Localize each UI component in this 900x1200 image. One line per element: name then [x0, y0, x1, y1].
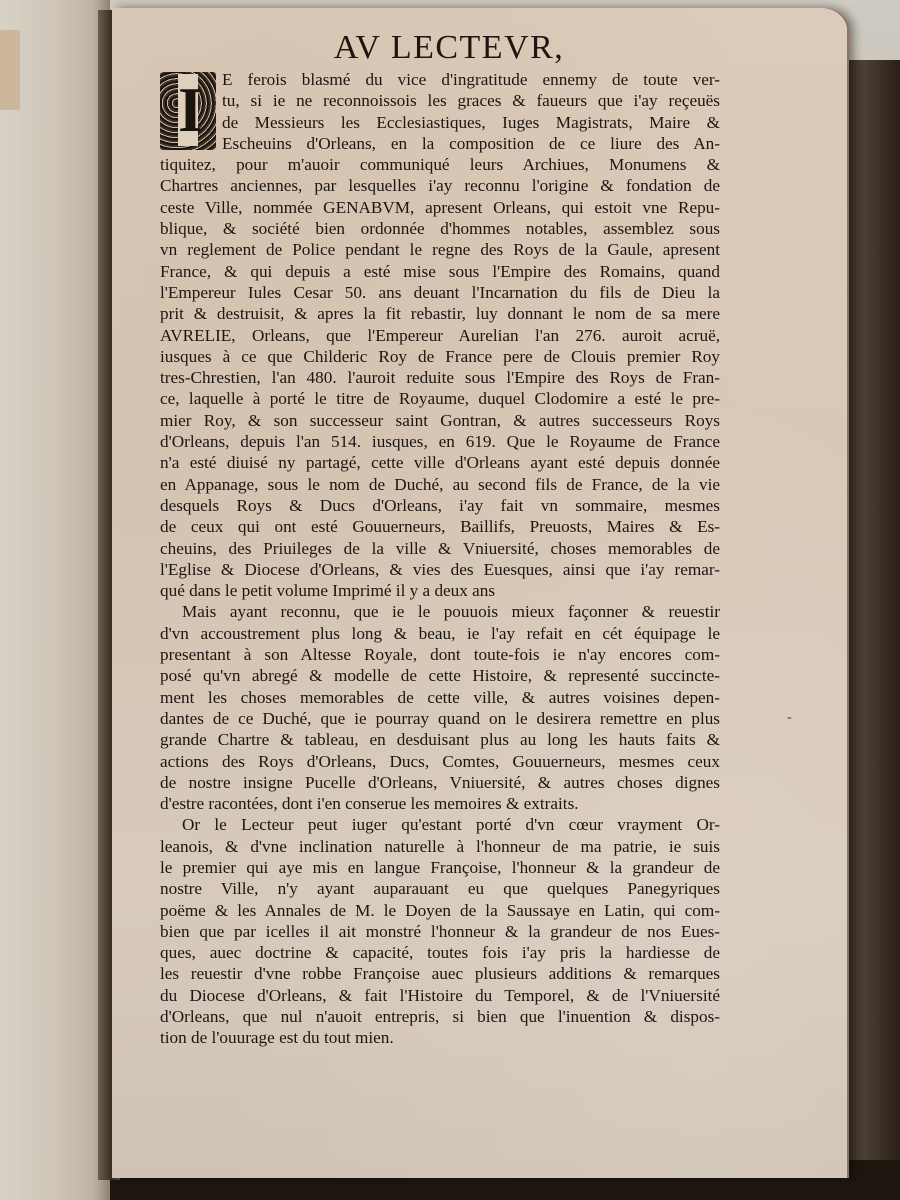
- text-line: tres-Chrestien, l'an 480. l'auroit redui…: [160, 367, 720, 388]
- left-facing-page: [0, 0, 110, 1200]
- text-line: presentant à son Altesse Royale, dont to…: [160, 644, 720, 665]
- text-line: tion de l'ouurage est du tout mien.: [160, 1027, 720, 1048]
- text-line: vn reglement de Police pendant le regne …: [160, 239, 720, 260]
- text-line: l'Empereur Iules Cesar 50. ans deuant l'…: [160, 282, 720, 303]
- text-line: poëme & les Annales de M. le Doyen de la…: [160, 900, 720, 921]
- photo-scene: AV LECTEVR, I E ferois blasmé du vice d'…: [0, 0, 900, 1200]
- backdrop-shadow: [840, 60, 900, 1200]
- text-line: Mais ayant reconnu, que ie le pouuois mi…: [160, 601, 720, 622]
- text-line: nostre Ville, n'y ayant auparauant eu qu…: [160, 878, 720, 899]
- text-line: blique, & société bien ordonnée d'hommes…: [160, 218, 720, 239]
- text-line: d'vn accoustrement plus long & beau, ie …: [160, 623, 720, 644]
- ornamental-drop-cap: I: [160, 72, 216, 150]
- text-line: desquels Roys & Ducs d'Orleans, i'ay fai…: [160, 495, 720, 516]
- text-line: de nostre insigne Pucelle d'Orleans, Vni…: [160, 772, 720, 793]
- text-line: ce, laquelle à porté le titre de Royaume…: [160, 388, 720, 409]
- text-line: tiquitez, pour m'auoir communiqué leurs …: [160, 154, 720, 175]
- text-line: l'Eglise & Diocese d'Orleans, & vies des…: [160, 559, 720, 580]
- text-line: bien que par icelles il ait monstré l'ho…: [160, 921, 720, 942]
- text-line: AVRELIE, Orleans, que l'Empereur Aurelia…: [160, 325, 720, 346]
- text-line: le premier qui aye mis en langue Françoi…: [160, 857, 720, 878]
- paragraph: Mais ayant reconnu, que ie le pouuois mi…: [160, 601, 720, 814]
- text-line: de ceux qui ont esté Gouuerneurs, Bailli…: [160, 516, 720, 537]
- text-line: en Appanage, sous le nom de Duché, au se…: [160, 474, 720, 495]
- paper-stain: [0, 30, 20, 110]
- text-line: dantes de ce Duché, que ie pourray quand…: [160, 708, 720, 729]
- text-line: d'estre racontées, dont i'en conserue le…: [160, 793, 720, 814]
- page-body: AV LECTEVR, I E ferois blasmé du vice d'…: [160, 28, 720, 1049]
- text-line: Escheuins d'Orleans, en la composition d…: [160, 133, 720, 154]
- book-page: AV LECTEVR, I E ferois blasmé du vice d'…: [112, 8, 847, 1178]
- text-line: les reuestir d'vne robbe Françoise auec …: [160, 963, 720, 984]
- text-line: du Diocese d'Orleans, & fait l'Histoire …: [160, 985, 720, 1006]
- margin-mark: -: [787, 710, 792, 726]
- text-line: leanois, & d'vne inclination naturelle à…: [160, 836, 720, 857]
- text-line: d'Orleans, depuis l'an 514. iusques, en …: [160, 431, 720, 452]
- page-title: AV LECTEVR,: [178, 28, 720, 68]
- text-line: actions des Roys d'Orleans, Ducs, Comtes…: [160, 751, 720, 772]
- text-line: qué dans le petit volume Imprimé il y a …: [160, 580, 720, 601]
- text-line: n'a esté diuisé ny partagé, cette ville …: [160, 452, 720, 473]
- text-line: mier Roy, & son successeur saint Gontran…: [160, 410, 720, 431]
- text-line: grande Chartre & tableau, en desduisant …: [160, 729, 720, 750]
- text-line: E ferois blasmé du vice d'ingratitude en…: [160, 69, 720, 90]
- text-line: cheuins, des Priuileges de la ville & Vn…: [160, 538, 720, 559]
- text-line: prit & destruisit, & apres la fit rebast…: [160, 303, 720, 324]
- text-line: France, & qui depuis a esté mise sous l'…: [160, 261, 720, 282]
- text-line: posé qu'vn abregé & modelle de cette His…: [160, 665, 720, 686]
- drop-cap-letter: I: [178, 74, 198, 146]
- text-line: iusques à ce que Childeric Roy de France…: [160, 346, 720, 367]
- text-line: tu, si ie ne reconnoissois les graces & …: [160, 90, 720, 111]
- paragraph: Or le Lecteur peut iuger qu'estant porté…: [160, 814, 720, 1048]
- text-line: de Messieurs les Ecclesiastiques, Iuges …: [160, 112, 720, 133]
- text-line: ment les choses memorables de cette vill…: [160, 687, 720, 708]
- text-line: d'Orleans, que nul n'auoit entrepris, si…: [160, 1006, 720, 1027]
- text-line: ques, auec doctrine & capacité, toutes f…: [160, 942, 720, 963]
- text-paragraphs: E ferois blasmé du vice d'ingratitude en…: [160, 69, 720, 1049]
- text-line: Or le Lecteur peut iuger qu'estant porté…: [160, 814, 720, 835]
- text-line: Chartres anciennes, par lesquelles i'ay …: [160, 175, 720, 196]
- paragraph: E ferois blasmé du vice d'ingratitude en…: [160, 69, 720, 601]
- text-line: ceste Ville, nommée GENABVM, apresent Or…: [160, 197, 720, 218]
